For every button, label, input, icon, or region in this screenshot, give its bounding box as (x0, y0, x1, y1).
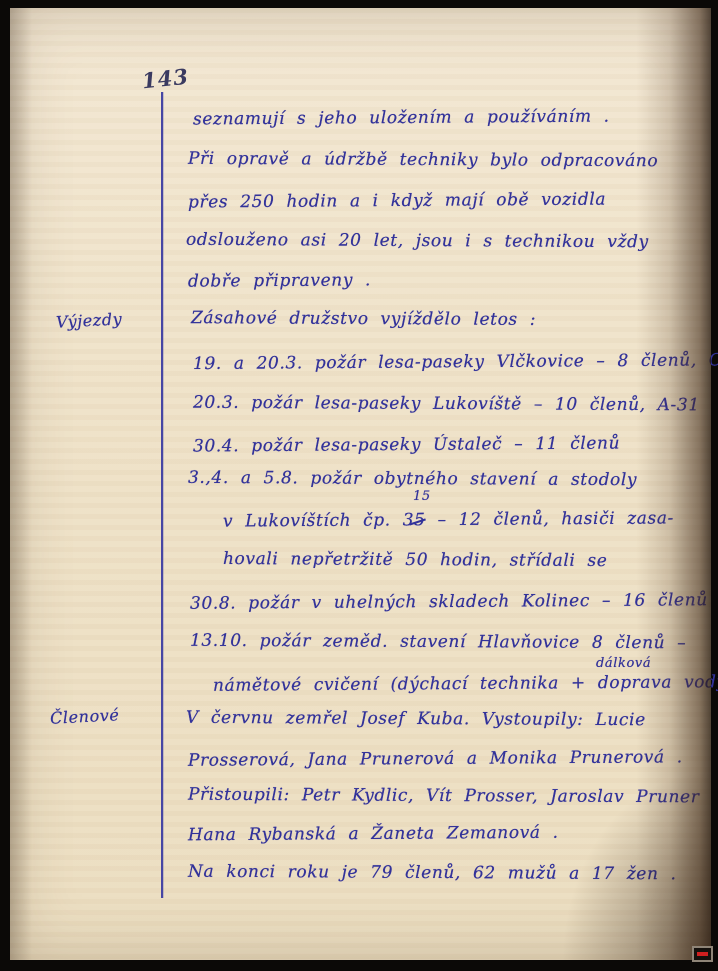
handwritten-line: 30.4. požár lesa-paseky Ústaleč – 11 čle… (193, 434, 620, 457)
handwritten-line: Hana Rybanská a Žaneta Zemanová . (188, 823, 559, 846)
handwritten-line: odslouženo asi 20 let, jsou i s techniko… (186, 230, 649, 252)
page-number: 143 (141, 64, 190, 94)
handwritten-line: 3.,4. a 5.8. požár obytného stavení a st… (188, 468, 637, 490)
handwritten-line: Na konci roku je 79 členů, 62 mužů a 17 … (188, 862, 677, 885)
handwritten-line: hovali nepřetržitě 50 hodin, střídali se (223, 549, 608, 571)
left-edge-shadow (10, 8, 32, 960)
handwritten-line: přes 250 hodin a i když mají obě vozidla (188, 190, 606, 213)
handwritten-line: Při opravě a údržbě techniky bylo odprac… (188, 149, 658, 171)
handwritten-line: Prosserová, Jana Prunerová a Monika Prun… (188, 747, 683, 770)
handwritten-line: Zásahové družstvo vyjíždělo letos : (191, 308, 536, 330)
handwritten-line: V červnu zemřel Josef Kuba. Vystoupily: … (186, 708, 646, 730)
handwritten-line: 13.10. požár zeměd. stavení Hlavňovice 8… (190, 631, 686, 654)
minus-badge-icon[interactable] (692, 946, 713, 962)
margin-label-vyjezdy: Výjezdy (56, 309, 123, 331)
scanned-page: 143 Výjezdy Členové seznamují s jeho ulo… (0, 0, 718, 971)
handwritten-line: 19. a 20.3. požár lesa-paseky Vlčkovice … (193, 350, 718, 374)
margin-rule (161, 92, 163, 898)
handwritten-line: námětové cvičení (dýchací technika + dop… (213, 672, 718, 696)
handwritten-line: Přistoupili: Petr Kydlic, Vít Prosser, J… (188, 785, 700, 808)
handwritten-line: 20.3. požár lesa-paseky Lukovíště – 10 č… (193, 393, 700, 416)
handwritten-line: 30.8. požár v uhelných skladech Kolinec … (190, 590, 708, 614)
correction-inserted-word: dálková (596, 656, 651, 671)
minus-bar (697, 952, 708, 956)
margin-label-clenove: Členové (50, 705, 120, 728)
paper: 143 Výjezdy Členové seznamují s jeho ulo… (10, 8, 711, 960)
handwritten-line: v Lukovíštích čp. 35 – 12 členů, hasiči … (223, 508, 674, 531)
handwritten-line: seznamují s jeho uložením a používáním . (193, 107, 610, 130)
handwritten-line: dobře připraveny . (188, 270, 371, 291)
correction-house-number: 15 (413, 489, 431, 504)
